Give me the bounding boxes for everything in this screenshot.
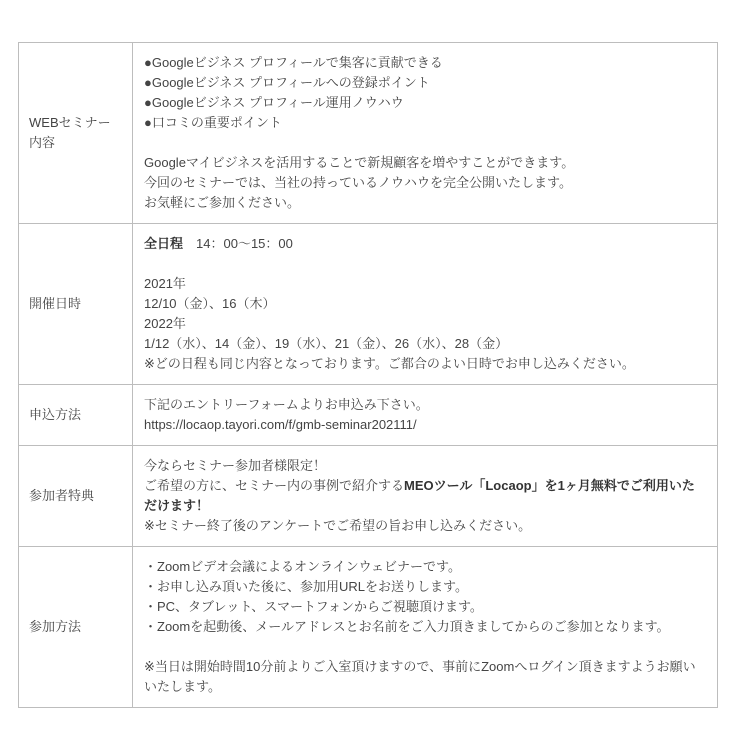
schedule-time-line: 全日程 14：00〜15：00 [144,234,707,254]
schedule-note: ※どの日程も同じ内容となっております。ご都合のよい日時でお申し込みください。 [144,354,707,374]
row-value-benefits: 今ならセミナー参加者様限定！ ご希望の方に、セミナー内の事例で紹介するMEOツー… [133,446,718,547]
row-value-schedule: 全日程 14：00〜15：00 2021年 12/10（金）、16（木） 202… [133,224,718,385]
seminar-info-table: WEBセミナー 内容 ●Googleビジネス プロフィールで集客に貢献できる ●… [18,42,718,708]
participation-note: ※当日は開始時間10分前よりご入室頂けますので、事前にZoomへログイン頂きます… [144,657,707,697]
benefit-headline: 今ならセミナー参加者様限定！ [144,456,707,476]
benefit-note: ※セミナー終了後のアンケートでご希望の旨お申し込みください。 [144,516,707,536]
year-2022: 2022年 [144,314,707,334]
dates-2022: 1/12（水）、14（金）、19（水）、21（金）、26（水）、28（金） [144,334,707,354]
row-value-content: ●Googleビジネス プロフィールで集客に貢献できる ●Googleビジネス … [133,43,718,224]
row-label-line: 内容 [29,133,122,153]
row-label-schedule: 開催日時 [19,224,133,385]
table-row-participation: 参加方法 ・Zoomビデオ会議によるオンラインウェビナーです。 ・お申し込み頂い… [19,547,718,708]
table-row-schedule: 開催日時 全日程 14：00〜15：00 2021年 12/10（金）、16（木… [19,224,718,385]
row-label-content: WEBセミナー 内容 [19,43,133,224]
row-label-line: WEBセミナー [29,113,122,133]
participation-item: ・Zoomビデオ会議によるオンラインウェビナーです。 [144,557,707,577]
seminar-info-container: WEBセミナー 内容 ●Googleビジネス プロフィールで集客に貢献できる ●… [18,42,718,708]
dates-2021: 12/10（金）、16（木） [144,294,707,314]
table-row-content: WEBセミナー 内容 ●Googleビジネス プロフィールで集客に貢献できる ●… [19,43,718,224]
bullet-item: ●Googleビジネス プロフィールで集客に貢献できる [144,53,707,73]
schedule-time: 14：00〜15：00 [196,236,293,251]
bullet-item: ●Googleビジネス プロフィール運用ノウハウ [144,93,707,113]
benefit-description: ご希望の方に、セミナー内の事例で紹介するMEOツール「Locaop」を1ヶ月無料… [144,476,707,516]
year-2021: 2021年 [144,274,707,294]
table-row-application: 申込方法 下記のエントリーフォームよりお申込み下さい。 https://loca… [19,385,718,446]
spacer [144,254,707,274]
row-value-application: 下記のエントリーフォームよりお申込み下さい。 https://locaop.ta… [133,385,718,446]
row-value-participation: ・Zoomビデオ会議によるオンラインウェビナーです。 ・お申し込み頂いた後に、参… [133,547,718,708]
bullet-item: ●Googleビジネス プロフィールへの登録ポイント [144,73,707,93]
application-text: 下記のエントリーフォームよりお申込み下さい。 [144,395,707,415]
table-row-benefits: 参加者特典 今ならセミナー参加者様限定！ ご希望の方に、セミナー内の事例で紹介す… [19,446,718,547]
benefit-prefix: ご希望の方に、セミナー内の事例で紹介する [144,478,404,493]
entry-form-link[interactable]: https://locaop.tayori.com/f/gmb-seminar2… [144,415,707,435]
schedule-label: 全日程 [144,236,183,251]
row-label-participation: 参加方法 [19,547,133,708]
description-line: お気軽にご参加ください。 [144,193,707,213]
description-line: Googleマイビジネスを活用することで新規顧客を増やすことができます。 [144,153,707,173]
bullet-item: ●口コミの重要ポイント [144,113,707,133]
spacer [144,637,707,657]
participation-item: ・PC、タブレット、スマートフォンからご視聴頂けます。 [144,597,707,617]
spacer [144,133,707,153]
participation-item: ・お申し込み頂いた後に、参加用URLをお送りします。 [144,577,707,597]
row-label-benefits: 参加者特典 [19,446,133,547]
row-label-application: 申込方法 [19,385,133,446]
participation-item: ・Zoomを起動後、メールアドレスとお名前をご入力頂きましてからのご参加となりま… [144,617,707,637]
description-line: 今回のセミナーでは、当社の持っているノウハウを完全公開いたします。 [144,173,707,193]
